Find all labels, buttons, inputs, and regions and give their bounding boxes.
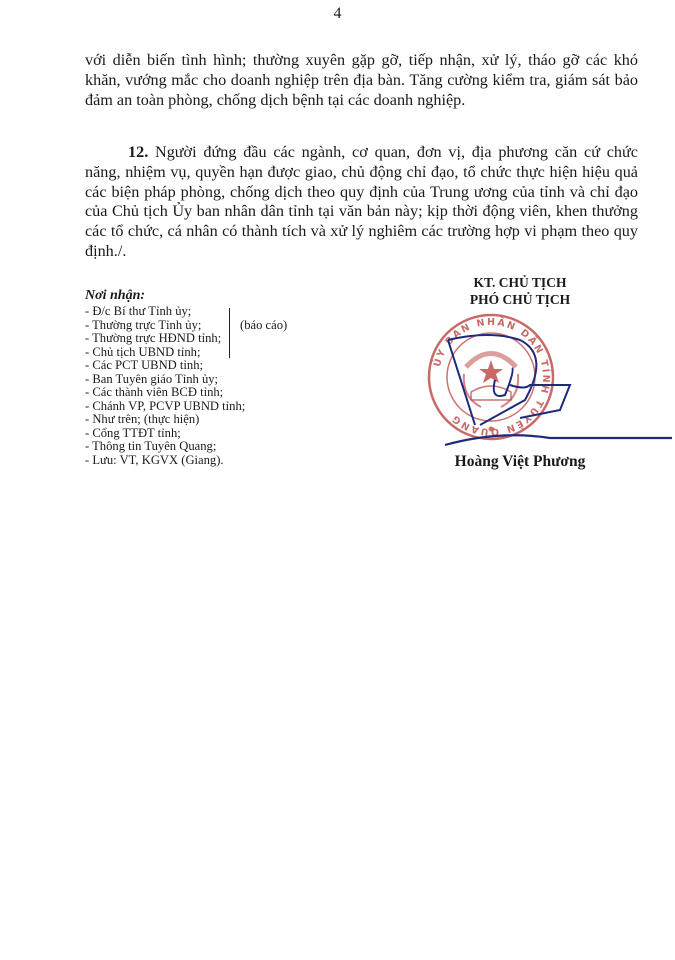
signature-line-2: PHÓ CHỦ TỊCH xyxy=(420,291,620,308)
recipient-item: - Các PCT UBND tỉnh; xyxy=(85,359,325,373)
recipient-item: - Các thành viên BCĐ tỉnh; xyxy=(85,386,325,400)
item-number: 12. xyxy=(128,143,148,161)
continuation-paragraph: với diễn biến tình hình; thường xuyên gặ… xyxy=(85,51,638,110)
handwritten-signature-icon xyxy=(440,330,675,450)
recipient-item: - Ban Tuyên giáo Tỉnh ủy; xyxy=(85,373,325,387)
recipient-item: - Đ/c Bí thư Tỉnh ủy; xyxy=(85,305,325,319)
signer-name: Hoàng Việt Phương xyxy=(420,452,620,472)
recipient-item: - Cổng TTĐT tỉnh; xyxy=(85,427,325,441)
bracket-divider xyxy=(229,308,230,358)
recipient-item: - Thông tin Tuyên Quang; xyxy=(85,440,325,454)
item-12-paragraph: 12. Người đứng đầu các ngành, cơ quan, đ… xyxy=(85,143,638,262)
recipient-item: - Thường trực Tỉnh ủy; xyxy=(85,319,325,333)
recipient-item: - Như trên; (thực hiện) xyxy=(85,413,325,427)
recipients-block: Nơi nhận: - Đ/c Bí thư Tỉnh ủy; - Thường… xyxy=(85,288,325,467)
recipients-heading: Nơi nhận: xyxy=(85,288,325,304)
recipient-item: - Lưu: VT, KGVX (Giang). xyxy=(85,454,325,468)
page-number: 4 xyxy=(0,4,675,24)
signature-line-1: KT. CHỦ TỊCH xyxy=(420,274,620,291)
recipient-item: - Chủ tịch UBND tỉnh; xyxy=(85,346,325,360)
recipient-item: - Thường trực HĐND tỉnh; xyxy=(85,332,325,346)
recipient-item: - Chánh VP, PCVP UBND tỉnh; xyxy=(85,400,325,414)
item-12-text: Người đứng đầu các ngành, cơ quan, đơn v… xyxy=(85,143,638,260)
bracket-note: (báo cáo) xyxy=(240,318,287,332)
signature-title: KT. CHỦ TỊCH PHÓ CHỦ TỊCH xyxy=(420,274,620,308)
